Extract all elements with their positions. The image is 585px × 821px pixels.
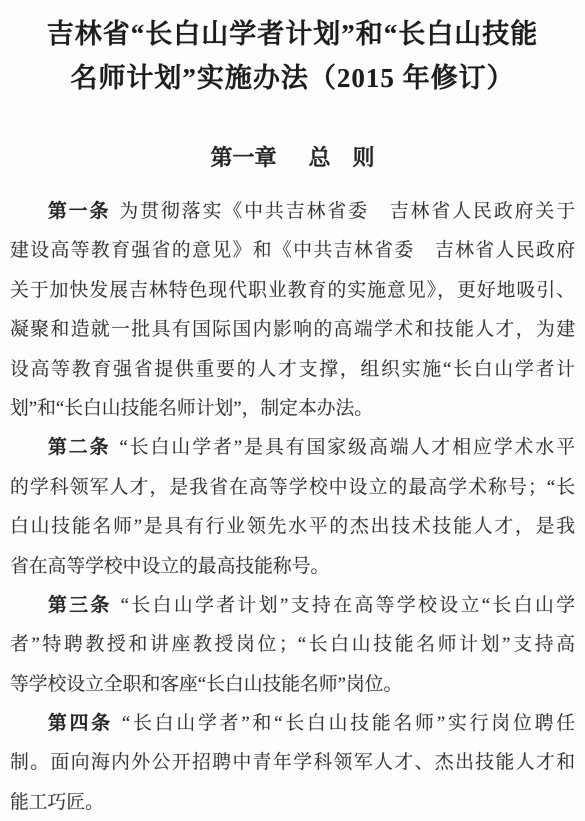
article-2-line-4: 省在高等学校中设立的最高技能称号。 — [10, 547, 575, 586]
article-1-line-5: 设高等教育强省提供重要的人才支撑，组织实施“长白山学者计 — [10, 350, 575, 389]
article-2-line-1: 第二条“长白山学者”是具有国家级高端人才相应学术水平 — [10, 428, 575, 467]
article-1-line-4: 凝聚和造就一批具有国际国内影响的高端学术和技能人才，为建 — [10, 310, 575, 349]
document-page: 吉林省“长白山学者计划”和“长白山技能 名师计划”实施办法（2015 年修订） … — [0, 0, 585, 821]
title-line-1: 吉林省“长白山学者计划”和“长白山技能 — [10, 12, 575, 56]
article-4-line-1: 第四条“长白山学者”和“长白山技能名师”实行岗位聘任 — [10, 704, 575, 743]
article-2-line-3: 白山技能名师”是具有行业领先水平的杰出技术技能人才，是我 — [10, 507, 575, 546]
article-3-line-1: 第三条“长白山学者计划”支持在高等学校设立“长白山学 — [10, 586, 575, 625]
article-4-line-3: 能工巧匠。 — [10, 783, 575, 821]
article-1-line-1: 第一条为贯彻落实《中共吉林省委 吉林省人民政府关于 — [10, 192, 575, 231]
article-4-first-line-text: “长白山学者”和“长白山技能名师”实行岗位聘任 — [122, 713, 575, 734]
article-3-first-line-text: “长白山学者计划”支持在高等学校设立“长白山学 — [121, 595, 575, 616]
document-title: 吉林省“长白山学者计划”和“长白山技能 名师计划”实施办法（2015 年修订） — [10, 12, 575, 100]
article-4-line-2: 制。面向海内外公开招聘中青年学科领军人才、杰出技能人才和 — [10, 743, 575, 782]
article-2-line-2: 的学科领军人才，是我省在高等学校中设立的最高学术称号；“长 — [10, 468, 575, 507]
article-1-first-line-text: 为贯彻落实《中共吉林省委 吉林省人民政府关于 — [119, 201, 575, 222]
article-3-line-3: 等学校设立全职和客座“长白山技能名师”岗位。 — [10, 665, 575, 704]
article-2-first-line-text: “长白山学者”是具有国家级高端人才相应学术水平 — [119, 437, 575, 458]
article-1-line-2: 建设高等教育强省的意见》和《中共吉林省委 吉林省人民政府 — [10, 231, 575, 270]
article-2-label: 第二条 — [48, 437, 110, 458]
article-1-label: 第一条 — [48, 201, 110, 222]
chapter-heading: 第一章总 则 — [10, 144, 575, 172]
article-3-line-2: 者”特聘教授和讲座教授岗位；“长白山技能名师计划”支持高 — [10, 625, 575, 664]
document-body: 第一条为贯彻落实《中共吉林省委 吉林省人民政府关于 建设高等教育强省的意见》和《… — [10, 192, 575, 821]
article-3-label: 第三条 — [48, 595, 112, 616]
article-1-line-3: 关于加快发展吉林特色现代职业教育的实施意见》，更好地吸引、 — [10, 271, 575, 310]
chapter-number: 第一章 — [210, 145, 276, 170]
article-4-label: 第四条 — [48, 713, 113, 734]
title-line-2: 名师计划”实施办法（2015 年修订） — [10, 56, 575, 100]
article-1-line-6: 划”和“长白山技能名师计划”，制定本办法。 — [10, 389, 575, 428]
chapter-name: 总 则 — [309, 145, 375, 170]
